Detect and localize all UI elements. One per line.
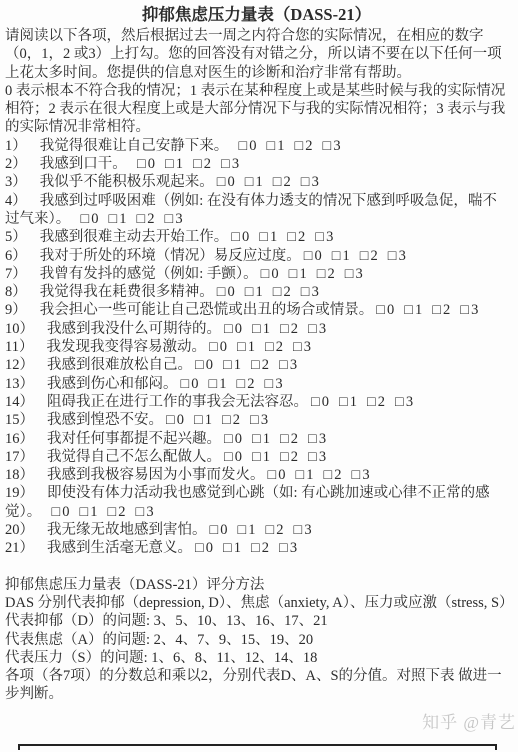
checkbox-icon: □ [252,321,261,337]
checkbox-option-1[interactable]: □1 [245,174,263,190]
checkbox-option-2[interactable]: □2 [367,394,385,410]
checkbox-value: 2 [118,504,125,520]
checkbox-value: 1 [263,449,270,465]
checkbox-icon: □ [221,156,230,172]
checkbox-icon: □ [195,540,204,556]
checkbox-icon: □ [376,302,385,318]
scoring-depression-line: 代表抑郁（D）的问题: 3、5、10、13、16、17、21 [5,612,508,630]
checkbox-icon: □ [165,211,174,227]
question-number: 5） [5,229,27,245]
question-number: 12） [5,357,34,373]
checkbox-icon: □ [166,412,175,428]
checkbox-option-3[interactable]: □3 [460,302,478,318]
checkbox-value: 1 [415,302,422,318]
checkbox-icon: □ [224,431,233,447]
checkbox-value: 2 [276,522,283,538]
checkbox-option-3[interactable]: □3 [301,284,319,300]
question-list: 1）我觉得很难让自己安静下来。 □0□1□2□32）我感到口干。 □0□1□2□… [5,137,508,558]
checkbox-value: 1 [248,522,255,538]
checkbox-value: 2 [147,211,154,227]
question-text: 我感到口干。 [40,156,134,172]
checkbox-icon: □ [252,431,261,447]
scoring-section: 抑郁焦虑压力量表（DASS-21）评分方法 DAS 分别代表抑郁（depress… [5,576,508,704]
question-item: 13）我感到伤心和郁闷。□0□1□2□3 [5,375,508,393]
checkbox-icon: □ [395,394,404,410]
checkbox-icon: □ [301,174,310,190]
scoring-das-line: DAS 分别代表抑郁（depression, D）、焦虑（anxiety, A）… [5,594,508,612]
checkbox-icon: □ [432,302,441,318]
checkbox-value: 1 [306,467,313,483]
checkbox-option-1[interactable]: □1 [109,211,127,227]
checkbox-value: 3 [319,321,326,337]
question-item: 16）我对任何事都提不起兴趣。□0□1□2□3 [5,430,508,448]
checkbox-icon: □ [287,229,296,245]
checkbox-value: 0 [235,449,242,465]
question-item: 18）我感到我极容易因为小事而发火。□0□1□2□3 [5,466,508,484]
checkbox-option-0[interactable]: □0 [52,504,70,520]
checkbox-value: 2 [378,394,385,410]
checkbox-value: 0 [249,138,256,154]
checkbox-icon: □ [165,156,174,172]
checkbox-icon: □ [293,339,302,355]
checkbox-option-1[interactable]: □1 [165,156,183,172]
question-text: 我曾有发抖的感觉（例如: 手颤）。 [40,266,258,282]
checkbox-icon: □ [323,138,332,154]
question-number: 16） [5,431,34,447]
question-item: 12）我感到很难放松自己。□0□1□2□3 [5,356,508,374]
checkbox-option-3[interactable]: □3 [345,266,363,282]
checkbox-icon: □ [222,412,231,428]
document-title: 抑郁焦虑压力量表（DASS-21） [5,5,508,25]
checkbox-icon: □ [81,211,90,227]
checkbox-icon: □ [237,339,246,355]
checkbox-icon: □ [301,284,310,300]
checkbox-option-3[interactable]: □3 [301,174,319,190]
checkbox-icon: □ [251,540,260,556]
checkbox-icon: □ [217,174,226,190]
checkbox-value: 3 [146,504,153,520]
checkbox-value: 3 [175,211,182,227]
checkbox-option-1[interactable]: □1 [296,467,314,483]
checkbox-icon: □ [367,394,376,410]
question-item: 4）我感到过呼吸困难（例如: 在没有体力透支的情况下感到呼吸急促，喘不过气来）。… [5,192,508,229]
scoring-total-line: 各项（各7项）的分数总和乘以2，分别代表D、A、S的分值。对照下表 做进一步判断… [5,667,508,704]
checkbox-icon: □ [237,376,246,392]
checkbox-option-2[interactable]: □2 [273,284,291,300]
question-text: 我似乎不能积极乐观起来。 [40,174,214,190]
question-text: 即使没有体力活动我也感觉到心跳（如: 有心跳加速或心律不正常的感觉）。 [5,485,490,519]
question-number: 9） [5,302,27,318]
checkbox-value: 3 [406,394,413,410]
checkbox-option-2[interactable]: □2 [222,412,240,428]
question-item: 17）我觉得自己不怎么配做人。□0□1□2□3 [5,448,508,466]
checkbox-value: 1 [234,540,241,556]
question-item: 3）我似乎不能积极乐观起来。□0□1□2□3 [5,173,508,191]
checkbox-option-2[interactable]: □2 [251,357,269,373]
scale-explanation: 0 表示根本不符合我的情况；1 表示在某种程度上或是某些时候与我的实际情况相符；… [5,82,508,137]
checkbox-option-2[interactable]: □2 [193,156,211,172]
question-item: 6）我对于所处的环境（情况）易反应过度。□0□1□2□3 [5,247,508,265]
checkbox-value: 1 [90,504,97,520]
checkbox-option-1[interactable]: □1 [238,522,256,538]
question-item: 7）我曾有发抖的感觉（例如: 手颤）。□0□1□2□3 [5,265,508,283]
checkbox-value: 1 [256,284,263,300]
checkbox-value: 3 [312,284,319,300]
checkbox-option-2[interactable]: □2 [280,449,298,465]
checkbox-value: 0 [220,522,227,538]
checkbox-option-0[interactable]: □0 [210,522,228,538]
checkbox-value: 1 [119,211,126,227]
checkbox-value: 3 [275,376,282,392]
checkbox-icon: □ [273,284,282,300]
checkbox-icon: □ [339,394,348,410]
checkbox-option-0[interactable]: □0 [304,248,322,264]
checkbox-option-3[interactable]: □3 [221,156,239,172]
checkbox-value: 1 [263,321,270,337]
checkbox-option-0[interactable]: □0 [217,174,235,190]
question-number: 21） [5,540,34,556]
checkbox-option-2[interactable]: □2 [317,266,335,282]
checkbox-icon: □ [280,431,289,447]
checkbox-value: 0 [228,284,235,300]
checkbox-option-1[interactable]: □1 [252,449,270,465]
checkbox-option-1[interactable]: □1 [252,431,270,447]
checkbox-icon: □ [296,467,305,483]
checkbox-value: 2 [204,156,211,172]
checkbox-value: 2 [262,540,269,556]
checkbox-icon: □ [259,229,268,245]
question-text: 我感到生活毫无意义。 [47,540,192,556]
checkbox-option-2[interactable]: □2 [280,321,298,337]
checkbox-value: 2 [233,412,240,428]
question-text: 我感到伤心和郁闷。 [47,376,178,392]
checkbox-option-3[interactable]: □3 [352,467,370,483]
checkbox-icon: □ [223,540,232,556]
checkbox-icon: □ [194,412,203,428]
checkbox-icon: □ [265,339,274,355]
question-text: 我会担心一些可能让自己恐慌或出丑的场合或情景。 [40,302,374,318]
question-text: 我对任何事都提不起兴趣。 [47,431,221,447]
checkbox-icon: □ [266,522,275,538]
question-item: 20）我无缘无故地感到害怕。□0□1□2□3 [5,521,508,539]
question-item: 1）我觉得很难让自己安静下来。 □0□1□2□3 [5,137,508,155]
checkbox-option-0[interactable]: □0 [231,229,249,245]
checkbox-value: 1 [234,357,241,373]
checkbox-icon: □ [294,522,303,538]
checkbox-option-0[interactable]: □0 [81,211,99,227]
checkbox-value: 2 [276,339,283,355]
checkbox-option-1[interactable]: □1 [332,248,350,264]
checkbox-option-3[interactable]: □3 [293,339,311,355]
question-item: 5）我感到很难主动去开始工作。□0□1□2□3 [5,228,508,246]
checkbox-icon: □ [223,357,232,373]
checkbox-option-1[interactable]: □1 [289,266,307,282]
scoring-anxiety-line: 代表焦虑（A）的问题: 2、4、7、9、15、19、20 [5,631,508,649]
checkbox-icon: □ [315,229,324,245]
checkbox-option-1[interactable]: □1 [237,339,255,355]
checkbox-option-3[interactable]: □3 [308,449,326,465]
checkbox-icon: □ [261,266,270,282]
question-text: 我觉得很难让自己安静下来。 [40,138,236,154]
checkbox-option-0[interactable]: □0 [224,449,242,465]
question-number: 20） [5,522,34,538]
checkbox-icon: □ [308,321,317,337]
question-number: 11） [5,339,33,355]
question-item: 11）我发现我变得容易激动。□0□1□2□3 [5,338,508,356]
checkbox-option-2[interactable]: □2 [360,248,378,264]
checkbox-option-0[interactable]: □0 [209,339,227,355]
zhihu-watermark: 知乎 @青艺 [422,714,516,732]
checkbox-value: 3 [319,449,326,465]
checkbox-option-3[interactable]: □3 [323,138,341,154]
checkbox-icon: □ [460,302,469,318]
checkbox-option-0[interactable]: □0 [224,431,242,447]
question-text: 阻碍我正在进行工作的事我会无法容忍。 [47,394,308,410]
checkbox-icon: □ [345,266,354,282]
question-text: 我感到我没什么可期待的。 [47,321,221,337]
checkbox-option-1[interactable]: □1 [194,412,212,428]
checkbox-option-0[interactable]: □0 [261,266,279,282]
checkbox-option-1[interactable]: □1 [80,504,98,520]
checkbox-icon: □ [289,266,298,282]
checkbox-icon: □ [80,504,89,520]
question-text: 我无缘无故地感到害怕。 [47,522,207,538]
question-number: 6） [5,248,27,264]
checkbox-option-1[interactable]: □1 [267,138,285,154]
question-number: 13） [5,376,34,392]
checkbox-value: 2 [371,248,378,264]
checkbox-option-0[interactable]: □0 [217,284,235,300]
scoring-heading: 抑郁焦虑压力量表（DASS-21）评分方法 [5,576,508,594]
checkbox-icon: □ [195,357,204,373]
checkbox-value: 0 [148,156,155,172]
checkbox-option-1[interactable]: □1 [259,229,277,245]
dass21-document: 抑郁焦虑压力量表（DASS-21） 请阅读以下各项，然后根据过去一周之内符合您的… [0,0,518,752]
checkbox-option-0[interactable]: □0 [376,302,394,318]
checkbox-value: 2 [298,229,305,245]
checkbox-option-0[interactable]: □0 [195,357,213,373]
checkbox-icon: □ [404,302,413,318]
checkbox-icon: □ [279,540,288,556]
question-number: 8） [5,284,27,300]
checkbox-value: 1 [219,376,226,392]
checkbox-value: 1 [270,229,277,245]
checkbox-option-3[interactable]: □3 [250,412,268,428]
checkbox-option-2[interactable]: □2 [237,376,255,392]
question-item: 21）我感到生活毫无意义。□0□1□2□3 [5,539,508,557]
checkbox-option-1[interactable]: □1 [339,394,357,410]
checkbox-value: 0 [235,321,242,337]
checkbox-value: 3 [399,248,406,264]
checkbox-value: 0 [271,266,278,282]
checkbox-icon: □ [273,174,282,190]
checkbox-option-3[interactable]: □3 [279,357,297,373]
checkbox-value: 3 [319,431,326,447]
checkbox-option-2[interactable]: □2 [266,522,284,538]
checkbox-value: 0 [206,357,213,373]
checkbox-value: 0 [62,504,69,520]
checkbox-value: 3 [261,412,268,428]
checkbox-option-0[interactable]: □0 [181,376,199,392]
checkbox-icon: □ [137,156,146,172]
checkbox-value: 0 [387,302,394,318]
checkbox-icon: □ [332,248,341,264]
checkbox-value: 0 [91,211,98,227]
checkbox-value: 2 [327,266,334,282]
question-text: 我感到过呼吸困难（例如: 在没有体力透支的情况下感到呼吸急促，喘不过气来）。 [5,193,497,227]
checkbox-icon: □ [304,248,313,264]
checkbox-option-3[interactable]: □3 [279,540,297,556]
checkbox-value: 2 [262,357,269,373]
question-text: 我感到惶恐不安。 [47,412,163,428]
checkbox-icon: □ [52,504,61,520]
checkbox-icon: □ [217,284,226,300]
checkbox-icon: □ [209,339,218,355]
checkbox-option-1[interactable]: □1 [252,321,270,337]
question-text: 我感到很难放松自己。 [47,357,192,373]
question-text: 我对于所处的环境（情况）易反应过度。 [40,248,301,264]
question-number: 4） [5,193,27,209]
checkbox-option-1[interactable]: □1 [209,376,227,392]
checkbox-option-3[interactable]: □3 [265,376,283,392]
checkbox-value: 1 [277,138,284,154]
checkbox-value: 0 [220,339,227,355]
checkbox-value: 2 [305,138,312,154]
checkbox-option-3[interactable]: □3 [165,211,183,227]
checkbox-value: 3 [471,302,478,318]
checkbox-option-0[interactable]: □0 [166,412,184,428]
checkbox-option-2[interactable]: □2 [432,302,450,318]
checkbox-option-0[interactable]: □0 [268,467,286,483]
question-text: 我觉得自己不怎么配做人。 [47,449,221,465]
checkbox-value: 3 [326,229,333,245]
checkbox-icon: □ [279,357,288,373]
checkbox-value: 0 [278,467,285,483]
checkbox-value: 0 [235,431,242,447]
question-item: 14）阻碍我正在进行工作的事我会无法容忍。□0□1□2□3 [5,393,508,411]
checkbox-option-3[interactable]: □3 [136,504,154,520]
checkbox-value: 0 [228,174,235,190]
checkbox-value: 2 [247,376,254,392]
checkbox-icon: □ [324,467,333,483]
checkbox-value: 2 [291,449,298,465]
checkbox-value: 1 [299,266,306,282]
checkbox-option-1[interactable]: □1 [223,357,241,373]
checkbox-value: 1 [256,174,263,190]
checkbox-value: 3 [304,522,311,538]
question-number: 14） [5,394,34,410]
checkbox-value: 2 [291,321,298,337]
checkbox-icon: □ [224,321,233,337]
checkbox-option-3[interactable]: □3 [388,248,406,264]
question-item: 9）我会担心一些可能让自己恐慌或出丑的场合或情景。□0□1□2□3 [5,301,508,319]
question-number: 7） [5,266,27,282]
checkbox-value: 2 [443,302,450,318]
checkbox-value: 2 [334,467,341,483]
checkbox-icon: □ [360,248,369,264]
checkbox-icon: □ [308,449,317,465]
checkbox-icon: □ [109,211,118,227]
question-item: 2）我感到口干。 □0□1□2□3 [5,155,508,173]
checkbox-option-2[interactable]: □2 [273,174,291,190]
checkbox-icon: □ [193,156,202,172]
checkbox-value: 0 [206,540,213,556]
checkbox-value: 1 [205,412,212,428]
checkbox-option-2[interactable]: □2 [108,504,126,520]
checkbox-option-1[interactable]: □1 [223,540,241,556]
checkbox-icon: □ [136,504,145,520]
checkbox-option-2[interactable]: □2 [287,229,305,245]
checkbox-option-2[interactable]: □2 [295,138,313,154]
question-text: 我发现我变得容易激动。 [46,339,206,355]
checkbox-value: 3 [290,540,297,556]
checkbox-value: 0 [242,229,249,245]
checkbox-value: 0 [322,394,329,410]
question-text: 我感到我极容易因为小事而发火。 [47,467,265,483]
checkbox-icon: □ [231,229,240,245]
checkbox-option-3[interactable]: □3 [315,229,333,245]
checkbox-icon: □ [210,522,219,538]
question-number: 10） [5,321,34,337]
checkbox-icon: □ [224,449,233,465]
checkbox-icon: □ [268,467,277,483]
question-item: 15）我感到惶恐不安。□0□1□2□3 [5,411,508,429]
checkbox-option-0[interactable]: □0 [195,540,213,556]
checkbox-value: 3 [290,357,297,373]
checkbox-icon: □ [311,394,320,410]
checkbox-option-3[interactable]: □3 [294,522,312,538]
checkbox-icon: □ [317,266,326,282]
checkbox-icon: □ [251,357,260,373]
table-top-border [18,744,497,746]
checkbox-option-1[interactable]: □1 [404,302,422,318]
checkbox-option-2[interactable]: □2 [251,540,269,556]
checkbox-option-2[interactable]: □2 [265,339,283,355]
checkbox-option-1[interactable]: □1 [245,284,263,300]
checkbox-icon: □ [267,138,276,154]
checkbox-option-0[interactable]: □0 [224,321,242,337]
checkbox-icon: □ [137,211,146,227]
question-number: 1） [5,138,27,154]
checkbox-icon: □ [388,248,397,264]
checkbox-option-3[interactable]: □3 [308,321,326,337]
checkbox-icon: □ [265,376,274,392]
checkbox-value: 2 [291,431,298,447]
checkbox-value: 2 [284,174,291,190]
checkbox-value: 2 [284,284,291,300]
checkbox-option-2[interactable]: □2 [137,211,155,227]
scoring-stress-line: 代表压力（S）的问题: 1、6、8、11、12、14、18 [5,649,508,667]
checkbox-value: 1 [343,248,350,264]
checkbox-option-0[interactable]: □0 [239,138,257,154]
checkbox-icon: □ [280,449,289,465]
checkbox-icon: □ [245,174,254,190]
checkbox-icon: □ [238,522,247,538]
question-number: 2） [5,156,27,172]
checkbox-icon: □ [295,138,304,154]
question-item: 8）我觉得我在耗费很多精神。□0□1□2□3 [5,283,508,301]
checkbox-option-0[interactable]: □0 [311,394,329,410]
checkbox-option-3[interactable]: □3 [308,431,326,447]
checkbox-option-0[interactable]: □0 [137,156,155,172]
checkbox-value: 1 [350,394,357,410]
checkbox-option-2[interactable]: □2 [324,467,342,483]
checkbox-icon: □ [245,284,254,300]
checkbox-value: 0 [315,248,322,264]
checkbox-option-3[interactable]: □3 [395,394,413,410]
checkbox-option-2[interactable]: □2 [280,431,298,447]
checkbox-value: 0 [177,412,184,428]
